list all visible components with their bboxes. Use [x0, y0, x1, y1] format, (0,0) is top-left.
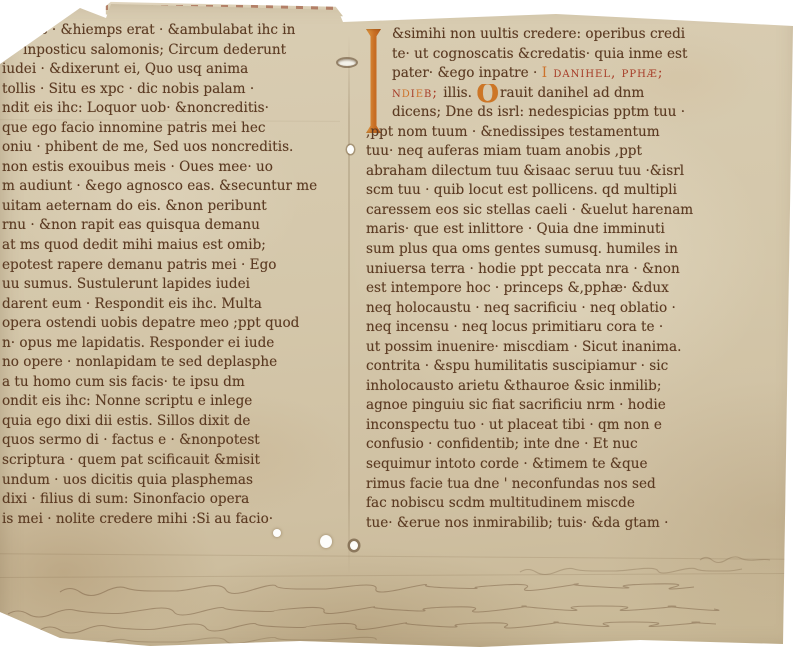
text-line: rnu · &non rapit eas quisqua demanu — [2, 216, 354, 236]
rubric-text: d — [402, 85, 411, 101]
text-line: quos sermo di · factus e · &nonpotest — [2, 431, 354, 451]
worm-hole — [273, 529, 281, 537]
right-text-column: &simihi non uultis credere: operibus cre… — [366, 25, 792, 533]
parchment-leaf: olumis · &hiemps erat · &ambulabat ihc i… — [0, 0, 800, 650]
manuscript-photo: olumis · &hiemps erat · &ambulabat ihc i… — [0, 0, 800, 650]
text-line: n· opus me lapidatis. Responder ei iude — [2, 334, 354, 354]
text-segment: ut possim inuenire· miscdiam · Sicut ina… — [366, 339, 681, 355]
text-line: confusio · confidentib; inte dne · Et nu… — [366, 435, 792, 455]
text-line: ndieb; illis. Orauit danihel ad dnm — [366, 84, 792, 104]
text-line: que ego facio innomine patris mei hec — [2, 119, 354, 139]
worm-hole — [320, 535, 332, 548]
text-line: inconspectu tuo · ut placeat tibi · qm n… — [366, 416, 792, 436]
text-segment: caressem eos sic stellas caeli · &uelut … — [366, 202, 693, 218]
text-line: neq incensu · neq locus primitiaru cora … — [366, 318, 792, 338]
text-line: quia ego dixi dii estis. Sillos dixit de — [2, 412, 354, 432]
text-line: fac nobiscu scdm multitudinem miscde — [366, 494, 792, 514]
text-segment: pater· &ego inpatre · — [392, 65, 542, 81]
decorated-initial-O: O — [476, 84, 499, 104]
text-line: uniuersa terra · hodie ppt peccata nra ·… — [366, 260, 792, 280]
text-line: no opere · nonlapidam te sed deplasphe — [2, 353, 354, 373]
text-segment: maris· que est inlittore · Quia dne immi… — [366, 221, 665, 237]
text-line: non estis exouibus meis · Oues mee· uo — [2, 158, 354, 178]
text-line: sequimur intoto corde · &timem te &que — [366, 455, 792, 475]
text-line: ondit eis ihc: Nonne scriptu e inlege — [2, 392, 354, 412]
text-segment: inholocausto arietu &thauroe &sic inmili… — [366, 378, 661, 394]
sewing-hole — [347, 145, 354, 154]
rubric-text: I — [542, 65, 554, 81]
text-line: te· ut cognoscatis &credatis· quia inme … — [366, 45, 792, 65]
text-line: oniu · phibent de me, Sed uos noncrediti… — [2, 138, 354, 158]
text-line: inholocausto arietu &thauroe &sic inmili… — [366, 377, 792, 397]
text-line: undum · uos dicitis quia plasphemas — [2, 471, 354, 491]
text-line: tuu· neq auferas miam tuam anobis ,ppt — [366, 142, 792, 162]
text-segment: sum plus qua oms gentes sumusq. humiles … — [366, 241, 678, 257]
text-line: o · inposticu salomonis; Circum dederunt — [2, 41, 354, 61]
text-line: caressem eos sic stellas caeli · &uelut … — [366, 201, 792, 221]
text-line: ut possim inuenire· miscdiam · Sicut ina… — [366, 338, 792, 358]
text-line: dixi · filius di sum: Sinonfacio opera — [2, 490, 354, 510]
text-line: &simihi non uultis credere: operibus cre… — [366, 25, 792, 45]
text-line: agnoe pinguiu sic fiat sacrificiu nrm · … — [366, 396, 792, 416]
text-line: at ms quod dedit mihi maius est omib; — [2, 236, 354, 256]
text-segment: rauit danihel ad dnm — [500, 85, 644, 101]
text-line: scm tuu · quib locut est pollicens. qd m… — [366, 181, 792, 201]
text-line: scriptura · quem pat scificauit &misit — [2, 451, 354, 471]
text-line: uu sumus. Sustulerunt lapides iudei — [2, 275, 354, 295]
text-line: m audiunt · &ego agnosco eas. &secuntur … — [2, 177, 354, 197]
text-segment: sequimur intoto corde · &timem te &que — [366, 456, 648, 472]
text-segment: te· ut cognoscatis &credatis· quia inme … — [392, 46, 688, 62]
text-line: dicens; Dne ds isrl: nedespicias pptm tu… — [366, 103, 792, 123]
left-text-column: olumis · &hiemps erat · &ambulabat ihc i… — [2, 21, 354, 529]
rubric-text: danihel, pphæ; — [553, 65, 663, 81]
rubric-text: e — [416, 85, 424, 101]
text-segment: neq holocaustu · neq sacrificiu · neq ob… — [366, 300, 676, 316]
text-line: uitam aeternam do eis. &non peribunt — [2, 197, 354, 217]
text-line: darent eum · Respondit eis ihc. Multa — [2, 295, 354, 315]
text-line: neq holocaustu · neq sacrificiu · neq ob… — [366, 299, 792, 319]
text-line: abraham dilectum tuu &isaac seruu tuu ·&… — [366, 162, 792, 182]
marginal-annotation-squiggles — [0, 548, 800, 648]
text-segment: dicens; Dne ds isrl: nedespicias pptm tu… — [392, 104, 685, 120]
text-segment: &simihi non uultis credere: operibus cre… — [392, 26, 685, 42]
text-line: ndit eis ihc: Loquor uob· &noncreditis· — [2, 99, 354, 119]
sewing-hole — [338, 59, 356, 66]
text-segment: neq incensu · neq locus primitiaru cora … — [366, 319, 663, 335]
text-line: tue· &erue nos inmirabilib; tuis· &da gt… — [366, 514, 792, 534]
text-segment: fac nobiscu scdm multitudinem miscde — [366, 495, 635, 511]
rubric-text: n — [392, 85, 402, 101]
text-segment: contrita · &spu humilitatis suscipiamur … — [366, 358, 668, 374]
text-segment: rimus facie tua dne ' neconfundas nos se… — [366, 476, 656, 492]
text-line: a tu homo cum sis facis· te ipsu dm — [2, 373, 354, 393]
text-line: contrita · &spu humilitatis suscipiamur … — [366, 357, 792, 377]
text-line: olumis · &hiemps erat · &ambulabat ihc i… — [2, 21, 354, 41]
text-line: opera ostendi uobis depatre meo ;ppt quo… — [2, 314, 354, 334]
text-line: maris· que est inlittore · Quia dne immi… — [366, 220, 792, 240]
text-segment: illis. — [443, 85, 476, 101]
rubric-text: b; — [424, 85, 443, 101]
text-line: pater· &ego inpatre · I danihel, pphæ; — [366, 64, 792, 84]
text-line: rimus facie tua dne ' neconfundas nos se… — [366, 475, 792, 495]
text-segment: confusio · confidentib; inte dne · Et nu… — [366, 436, 638, 452]
text-segment: inconspectu tuo · ut placeat tibi · qm n… — [366, 417, 662, 433]
text-line: is mei · nolite credere mihi :Si au faci… — [2, 510, 354, 530]
text-segment: uniuersa terra · hodie ppt peccata nra ·… — [366, 261, 680, 277]
text-line: iudei · &dixerunt ei, Quo usq anima — [2, 60, 354, 80]
text-segment: agnoe pinguiu sic fiat sacrificiu nrm · … — [366, 397, 666, 413]
text-segment: scm tuu · quib locut est pollicens. qd m… — [366, 182, 677, 198]
text-segment: ,ppt nom tuum · &nedissipes testamentum — [366, 124, 660, 140]
text-segment: tuu· neq auferas miam tuam anobis ,ppt — [366, 143, 642, 159]
text-line: sum plus qua oms gentes sumusq. humiles … — [366, 240, 792, 260]
text-line: est intempore hoc · princeps &,pphæ· &du… — [366, 279, 792, 299]
text-line: epotest rapere demanu patris mei · Ego — [2, 256, 354, 276]
text-segment: est intempore hoc · princeps &,pphæ· &du… — [366, 280, 669, 296]
text-segment: abraham dilectum tuu &isaac seruu tuu ·&… — [366, 163, 684, 179]
text-line: tollis · Situ es xpc · dic nobis palam · — [2, 80, 354, 100]
text-line: ,ppt nom tuum · &nedissipes testamentum — [366, 123, 792, 143]
text-segment: tue· &erue nos inmirabilib; tuis· &da gt… — [366, 515, 668, 531]
